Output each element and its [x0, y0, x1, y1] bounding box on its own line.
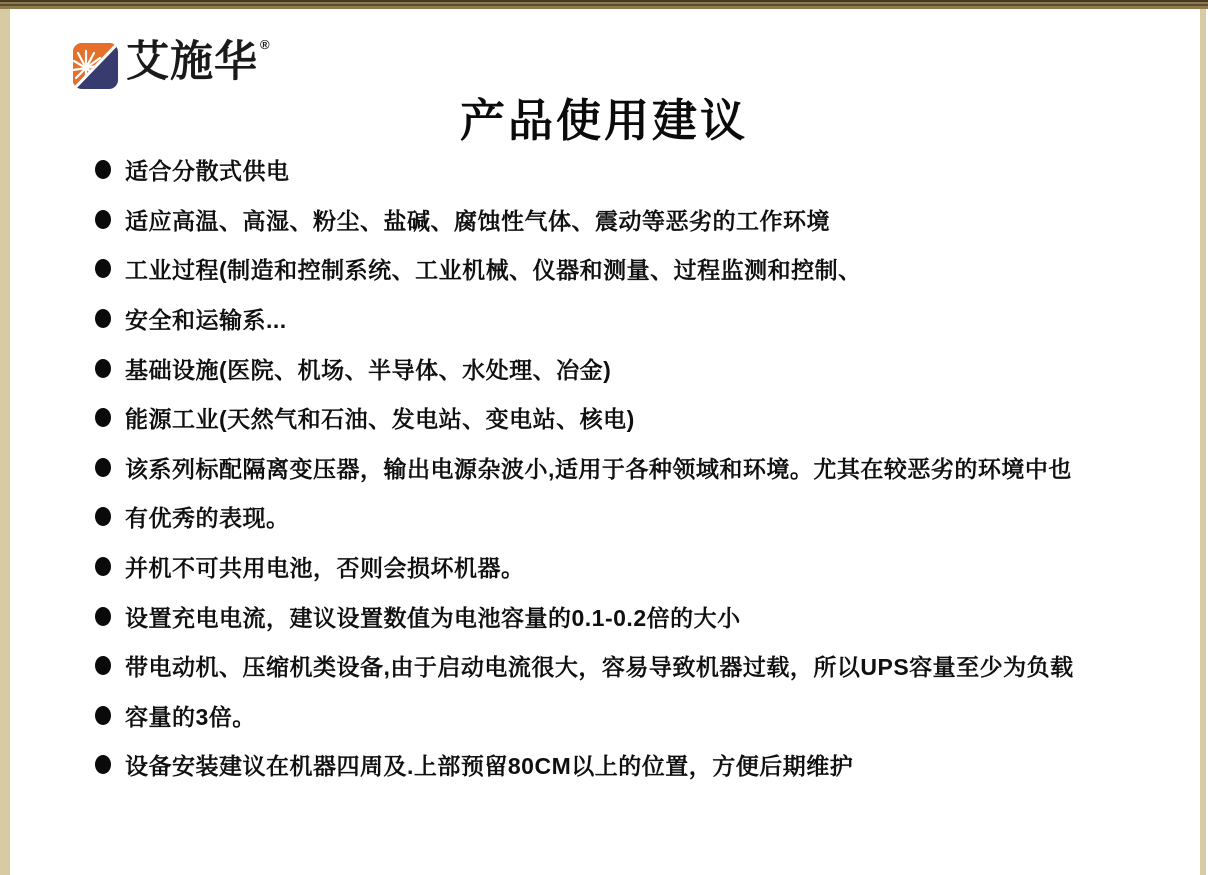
- bullet-icon: [95, 210, 111, 229]
- list-item: 基础设施(医院、机场、半导体、水处理、冶金): [95, 343, 1168, 393]
- list-item: 并机不可共用电池，否则会损坏机器。: [95, 542, 1168, 592]
- bullet-text: 设置充电电流，建议设置数值为电池容量的0.1-0.2倍的大小: [125, 600, 741, 633]
- list-item: 能源工业(天然气和石油、发电站、变电站、核电): [95, 393, 1168, 443]
- bullet-text: 适应高温、高湿、粉尘、盐碱、腐蚀性气体、震动等恶劣的工作环境: [125, 203, 830, 236]
- page-title: 产品使用建议: [0, 84, 1208, 149]
- bullet-icon: [95, 755, 111, 774]
- list-item: 该系列标配隔离变压器，输出电源杂波小,适用于各种领域和环境。尤其在较恶劣的环境中…: [95, 443, 1168, 493]
- bullet-text: 适合分散式供电: [125, 153, 290, 186]
- list-item: 适应高温、高湿、粉尘、盐碱、腐蚀性气体、震动等恶劣的工作环境: [95, 195, 1168, 245]
- list-item: 工业过程(制造和控制系统、工业机械、仪器和测量、过程监测和控制、: [95, 244, 1168, 294]
- bullet-icon: [95, 309, 111, 328]
- list-item: 设备安装建议在机器四周及.上部预留80CM以上的位置，方便后期维护: [95, 740, 1168, 790]
- bullet-text: 能源工业(天然气和石油、发电站、变电站、核电): [125, 401, 635, 434]
- bullet-icon: [95, 706, 111, 725]
- list-item: 带电动机、压缩机类设备,由于启动电流很大，容易导致机器过载，所以UPS容量至少为…: [95, 641, 1168, 691]
- recommendation-list: 适合分散式供电 适应高温、高湿、粉尘、盐碱、腐蚀性气体、震动等恶劣的工作环境 工…: [95, 145, 1168, 790]
- bullet-icon: [95, 656, 111, 675]
- bullet-icon: [95, 557, 111, 576]
- bullet-text: 容量的3倍。: [125, 699, 256, 732]
- list-item: 有优秀的表现。: [95, 492, 1168, 542]
- bullet-icon: [95, 408, 111, 427]
- list-item: 安全和运输系...: [95, 294, 1168, 344]
- bullet-text: 并机不可共用电池，否则会损坏机器。: [125, 550, 525, 583]
- bullet-text: 该系列标配隔离变压器，输出电源杂波小,适用于各种领域和环境。尤其在较恶劣的环境中…: [125, 451, 1072, 484]
- bullet-text: 设备安装建议在机器四周及.上部预留80CM以上的位置，方便后期维护: [125, 748, 853, 781]
- registered-mark: ®: [260, 37, 271, 52]
- bullet-text: 基础设施(医院、机场、半导体、水处理、冶金): [125, 352, 611, 385]
- top-border-strip: [0, 0, 1208, 9]
- bullet-text: 安全和运输系...: [125, 302, 287, 335]
- bullet-icon: [95, 359, 111, 378]
- sunburst-square-icon: [73, 43, 118, 89]
- bullet-icon: [95, 160, 111, 179]
- list-item: 设置充电电流，建议设置数值为电池容量的0.1-0.2倍的大小: [95, 591, 1168, 641]
- bullet-icon: [95, 458, 111, 477]
- brand-name: 艾施华®: [126, 40, 269, 85]
- brand-logo-lockup: 艾施华®: [73, 40, 269, 89]
- bullet-text: 工业过程(制造和控制系统、工业机械、仪器和测量、过程监测和控制、: [125, 252, 862, 285]
- bullet-text: 有优秀的表现。: [125, 500, 290, 533]
- list-item: 容量的3倍。: [95, 691, 1168, 741]
- list-item: 适合分散式供电: [95, 145, 1168, 195]
- bullet-text: 带电动机、压缩机类设备,由于启动电流很大，容易导致机器过载，所以UPS容量至少为…: [125, 649, 1074, 682]
- bullet-icon: [95, 259, 111, 278]
- bullet-icon: [95, 607, 111, 626]
- bullet-icon: [95, 507, 111, 526]
